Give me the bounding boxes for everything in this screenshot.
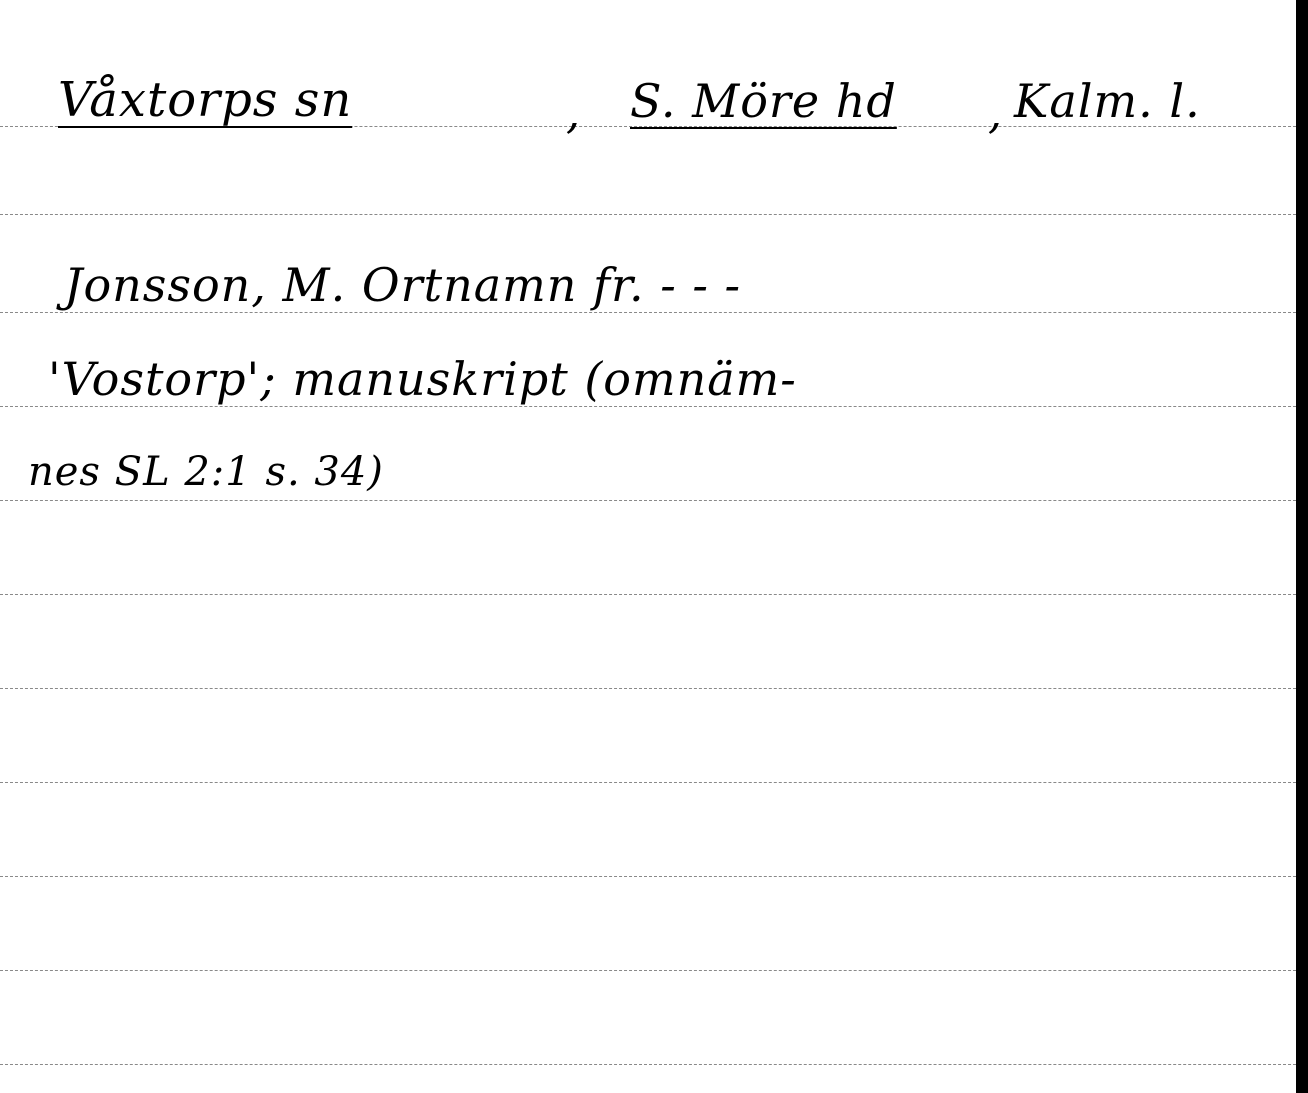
district-name: S. Möre hd <box>630 78 897 124</box>
ruled-line <box>0 594 1296 595</box>
ruled-line <box>0 782 1296 783</box>
ruled-line <box>0 406 1296 407</box>
ruled-line <box>0 312 1296 313</box>
heading-separator: , <box>988 92 1003 136</box>
scan-edge <box>1296 0 1308 1093</box>
ruled-line <box>0 214 1296 215</box>
source-line-2: 'Vostorp'; manuskript (omnäm- <box>48 356 797 402</box>
county-name: Kalm. l. <box>1014 78 1201 124</box>
ruled-line <box>0 876 1296 877</box>
ruled-line <box>0 970 1296 971</box>
index-card: Våxtorps sn , S. Möre hd , Kalm. l. Jons… <box>0 0 1296 1093</box>
source-line-1: Jonsson, M. Ortnamn fr. - - - <box>64 262 741 308</box>
heading-separator: , <box>566 92 581 136</box>
parish-name: Våxtorps sn <box>58 76 352 124</box>
source-line-3: nes SL 2:1 s. 34) <box>28 452 384 492</box>
ruled-line <box>0 1064 1296 1065</box>
ruled-line <box>0 688 1296 689</box>
ruled-line <box>0 500 1296 501</box>
